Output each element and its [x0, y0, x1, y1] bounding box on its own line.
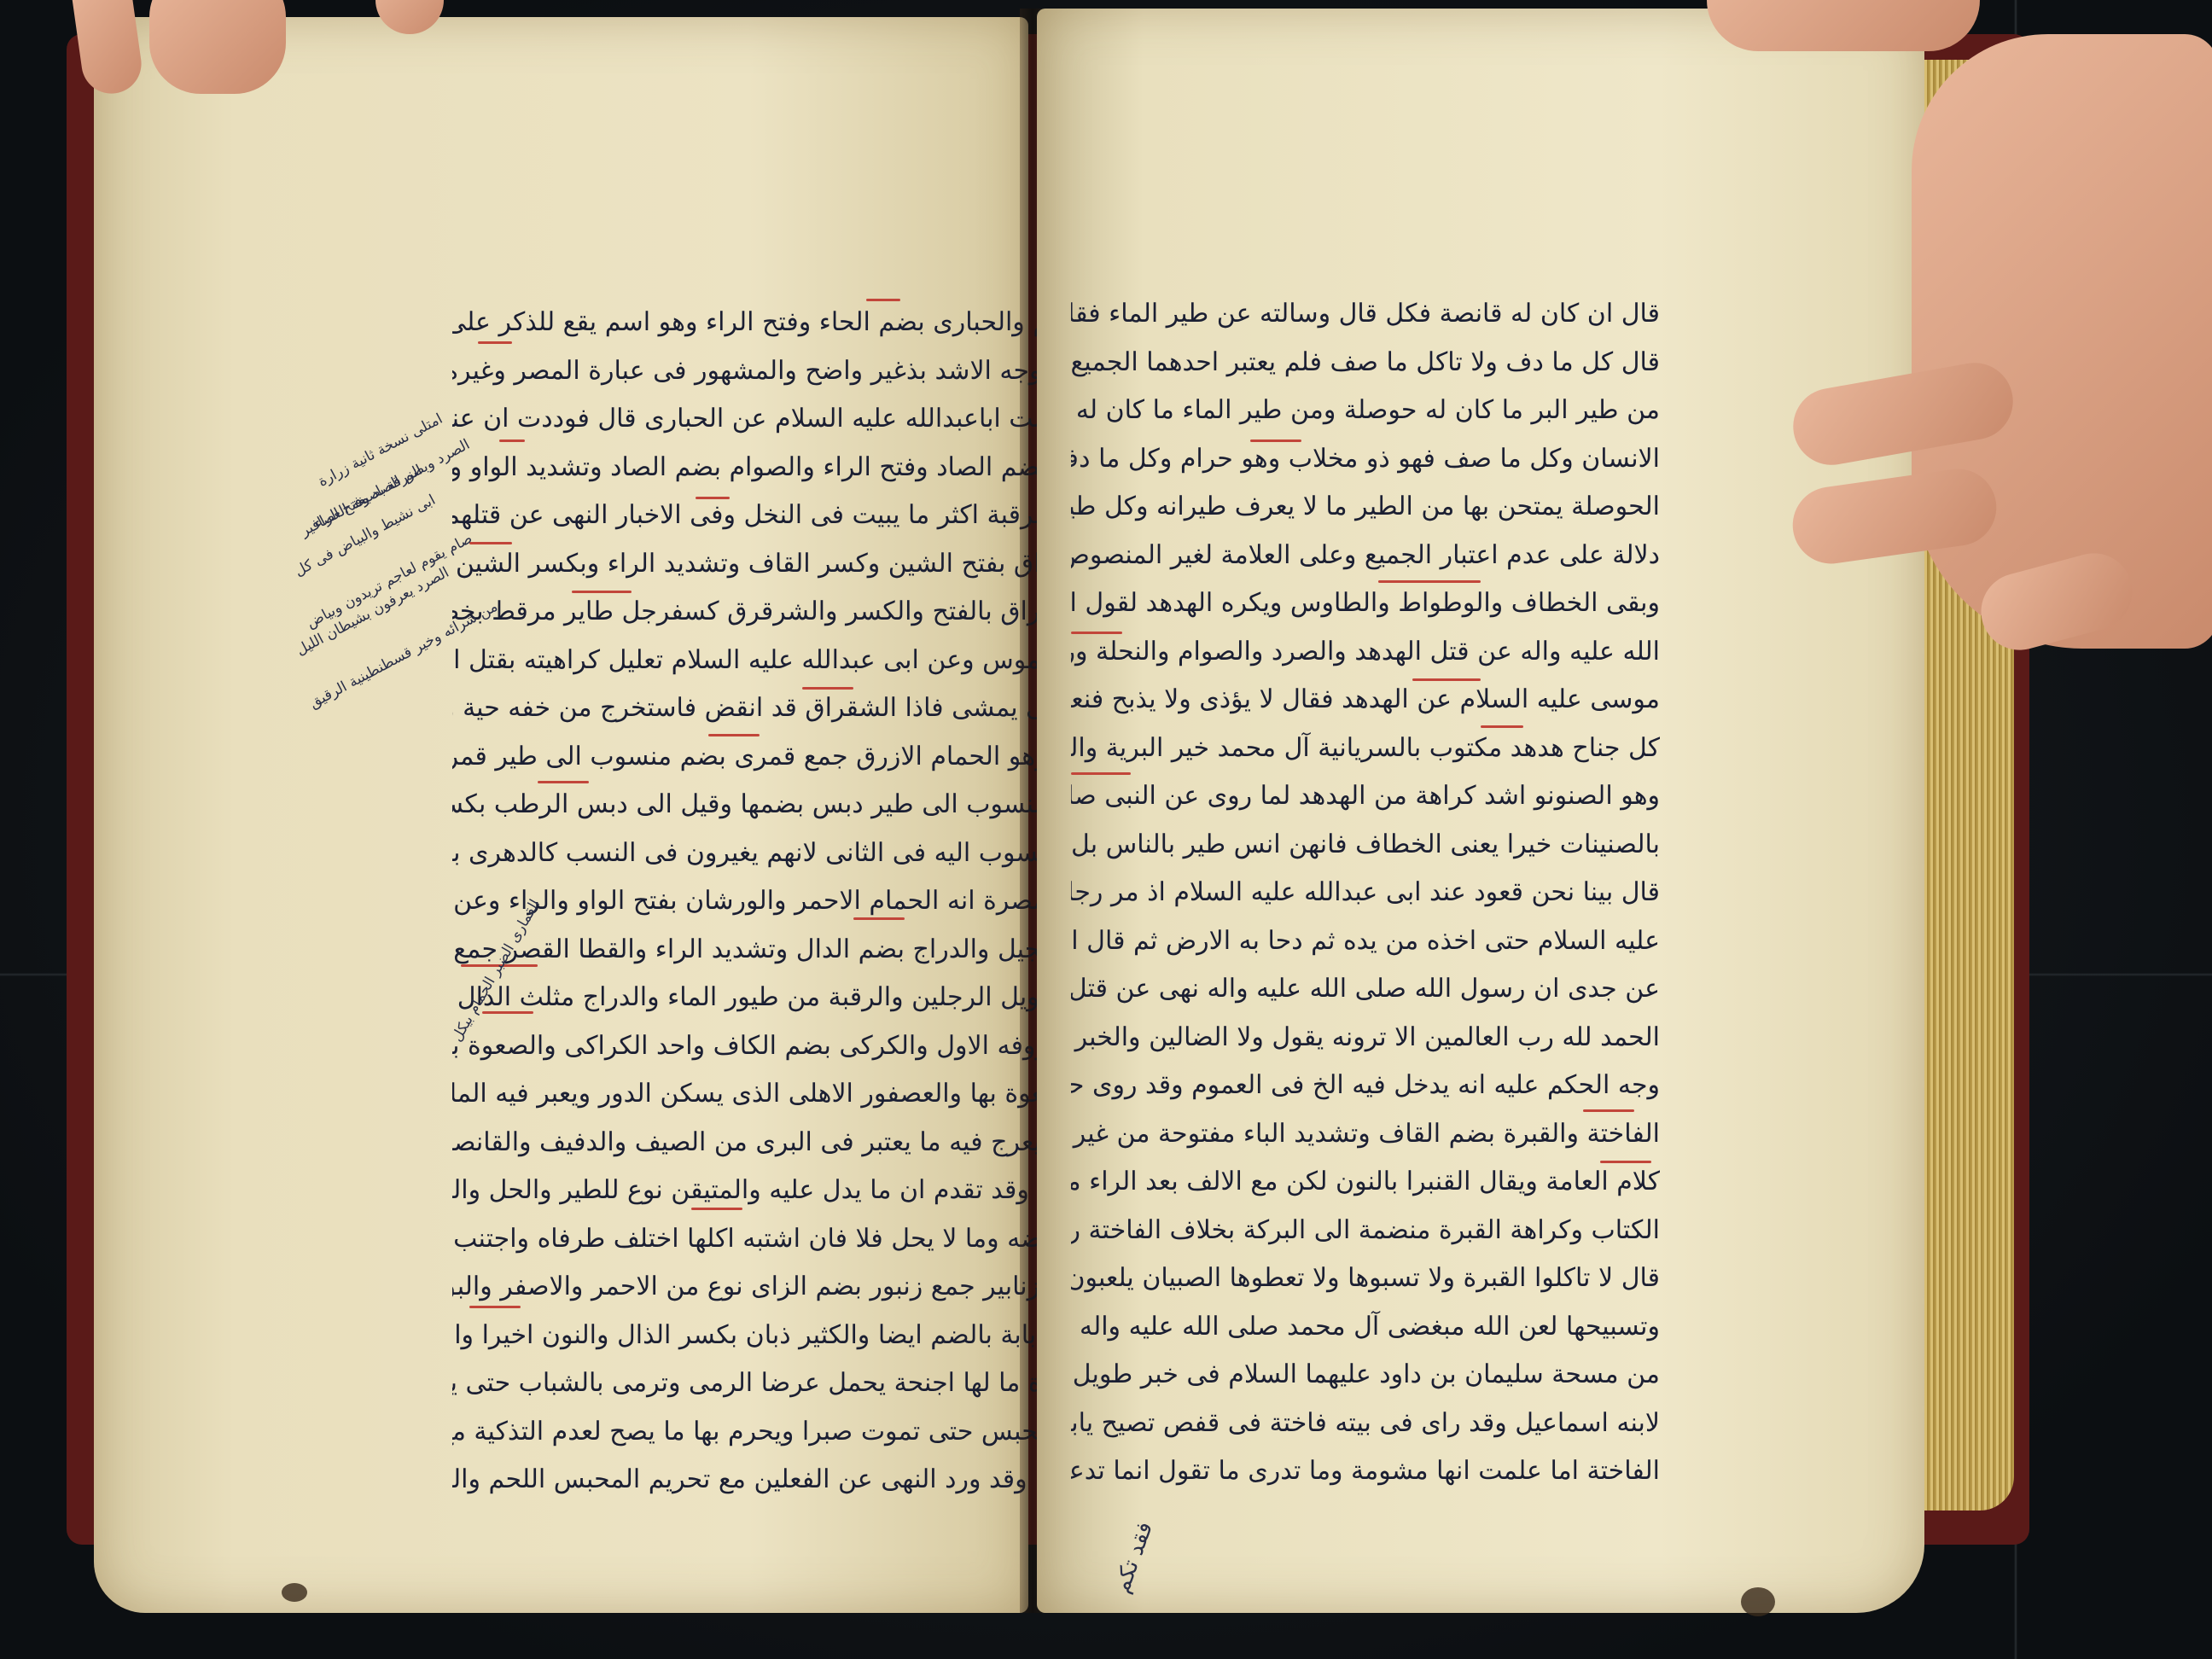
text-line: فى القاموس وعن ابى عبدالله عليه السلام ت…	[452, 637, 1118, 685]
text-line: عليه السلام حتى اخذه من يده ثم دحا به ال…	[1071, 917, 1660, 966]
text-line: وجه الحكم عليه انه يدخل فيه الخ فى العمو…	[1071, 1062, 1660, 1110]
text-line: يحرم الزنابير جمع زنبور بضم الزاى نوع من…	[452, 1263, 1118, 1312]
text-line: منهما ووجه الاشد بذغير واضح والمشهور فى …	[452, 347, 1118, 396]
rubric-overline	[1600, 1161, 1651, 1163]
rubric-overline	[1378, 580, 1481, 583]
text-line: كلام العامة ويقال القنبرا بالنون لكن مع …	[1071, 1158, 1660, 1207]
text-line: لابنه اسماعيل وقد راى فى بيته فاختة فى ق…	[1071, 1400, 1660, 1448]
left-page: فقد تكم والحبارى بضم الحاء وفتح الراء وه…	[94, 17, 1028, 1613]
rubric-overline	[469, 542, 512, 544]
text-line: تجمع ويحبس حتى تموت صبرا ويحرم بها ما يص…	[452, 1408, 1118, 1457]
text-line: قال بينا نحن قعود عند ابى عبدالله عليه ا…	[1071, 869, 1660, 917]
rubric-overline	[538, 781, 589, 783]
text-line: الحوصلة يمتحن بها من الطير ما لا يعرف طي…	[1071, 483, 1660, 532]
ink-stain	[282, 1583, 307, 1602]
text-line: طاير طويل الرجلين والرقبة من طيور الماء …	[452, 974, 1118, 1022]
rubric-overline	[691, 1208, 742, 1210]
rubric-overline	[1481, 725, 1523, 728]
rubric-overline	[482, 1011, 533, 1014]
rubric-overline	[1250, 439, 1301, 442]
rubric-overline	[696, 497, 730, 499]
text-line: قال سالت اباعبدالله عليه السلام عن الحبا…	[452, 395, 1118, 444]
text-line: بالضم منسوب الى طير دبس بضمها وقيل الى د…	[452, 781, 1118, 829]
text-line: من مسحة سليمان بن داود عليهما السلام فى …	[1071, 1351, 1660, 1400]
rubric-overline	[802, 687, 853, 690]
text-line: وتسبيحها لعن الله مبغضى آل محمد صلى الله…	[1071, 1303, 1660, 1352]
text-line: بفتح حروفه الاول والكركى بضم الكاف واحد …	[452, 1022, 1118, 1071]
rubric-overline	[708, 734, 760, 736]
text-line: يعل المجيل والدراج بضم الدال وتشديد الرا…	[452, 926, 1118, 975]
text-line: فى المنسوب اليه فى الثانى لانهم يغيرون ف…	[452, 829, 1118, 878]
text-line: واحده ذبابة بالضم ايضا والكثير ذبان بكسر…	[452, 1312, 1118, 1360]
catchword: فقد تكم	[1109, 1518, 1158, 1596]
rubric-overline	[478, 341, 512, 344]
text-line: قال ان كان له قانصة فكل قال وسالته عن طي…	[1071, 290, 1660, 339]
rubric-overline	[1583, 1109, 1634, 1112]
text-line: الحمد لله رب العالمين الا ترونه يقول ولا…	[1071, 1014, 1660, 1062]
rubric-overline	[469, 1306, 521, 1308]
text-line: قال كل ما دف ولا تاكل ما صف فلم يعتبر اح…	[1071, 339, 1660, 387]
text-line: يؤكل بيضه وما لا يحل فلا فان اشتبه اكلها…	[452, 1215, 1118, 1264]
text-line: الفاختة اما علمت انها مشومة وما تدرى ما …	[1071, 1447, 1660, 1496]
text-line: مكسورة ما لها اجنحة يحمل عرضا الرمى وترم…	[452, 1359, 1118, 1408]
text-line: وبقى الخطاف والوطواط والطاوس ويكره الهده…	[1071, 579, 1660, 628]
text-line: موسى عليه السلام عن الهدهد فقال لا يؤذى …	[1071, 676, 1660, 725]
text-line: والدبسى يمشى فاذا الشقراق قد انقض فاستخر…	[452, 684, 1118, 733]
left-fingers	[149, 0, 286, 94]
ink-stain	[1741, 1587, 1775, 1616]
rubric-overline	[853, 917, 905, 920]
text-line: بالصنينات خيرا يعنى الخطاف فانهن انس طير…	[1071, 821, 1660, 870]
rubric-overline	[1071, 632, 1122, 634]
rubric-overline	[1071, 772, 1131, 775]
text-line: الجاهلية وقد ورد النهى عن الفعلين مع تحر…	[452, 1456, 1118, 1505]
text-line: الفاختة والقبرة بضم القاف وتشديد الباء م…	[1071, 1110, 1660, 1159]
right-hand	[1912, 34, 2212, 649]
rubric-overline	[572, 591, 632, 593]
text-line: فقد تكم والحبارى بضم الحاء وفتح الراء وه…	[452, 299, 1118, 347]
text-line: يسعر ويعرج فيه ما يعتبر فى البرى من الصي…	[452, 1119, 1118, 1167]
text-line: الانسان وكل ما صف فهو ذو مخلاب وهو حرام …	[1071, 435, 1660, 484]
rubric-overline	[1412, 678, 1481, 681]
rubric-overline	[866, 299, 900, 301]
text-line: وهو الصنونو اشد كراهة من الهدهد لما روى …	[1071, 772, 1660, 821]
text-line: القاف وهو الحمام الازرق جمع قمرى بضم منس…	[452, 733, 1118, 782]
text-line: الصيصة وقد تقدم ان ما يدل عليه والمتيقن …	[452, 1167, 1118, 1215]
text-line: الله عليه واله عن قتل الهدهد والصرد والص…	[1071, 628, 1660, 677]
right-hand-top	[1707, 0, 1980, 51]
text-line: جمع صعوة بها والعصفور الاهلى الذى يسكن ا…	[452, 1070, 1118, 1119]
text-line: والشقراق بفتح الشين وكسر القاف وتشديد ال…	[452, 540, 1118, 589]
right-page-text: قال ان كان له قانصة فكل قال وسالته عن طي…	[1071, 290, 1660, 1496]
left-page-text: فقد تكم والحبارى بضم الحاء وفتح الراء وه…	[452, 299, 1118, 1505]
text-line: وعن المصرة انه الحمام الاحمر والورشان بف…	[452, 877, 1118, 926]
text-line: الصرد بضم الصاد وفتح الراء والصوام بضم ا…	[452, 444, 1118, 492]
text-line: الكتاب وكراهة القبرة منضمة الى البركة بخ…	[1071, 1207, 1660, 1255]
text-line: قال لا تاكلوا القبرة ولا تسبوها ولا تعطو…	[1071, 1254, 1660, 1303]
text-line: والشرقراق بالفتح والكسر والشرقرق كسفرجل …	[452, 588, 1118, 637]
text-line: عن جدى ان رسول الله صلى الله عليه واله ن…	[1071, 965, 1660, 1014]
rubric-overline	[499, 439, 525, 442]
text-line: كل جناح هدهد مكتوب بالسريانية آل محمد خي…	[1071, 725, 1660, 773]
text-line: من طير البر ما كان له حوصلة ومن طير الما…	[1071, 387, 1660, 435]
right-page: قال ان كان له قانصة فكل قال وسالته عن طي…	[1037, 9, 1924, 1613]
text-line: طويل الرقبة اكثر ما يبيت فى النخل وفى ال…	[452, 492, 1118, 540]
text-line: دلالة على عدم اعتبار الجميع وعلى العلامة…	[1071, 532, 1660, 580]
